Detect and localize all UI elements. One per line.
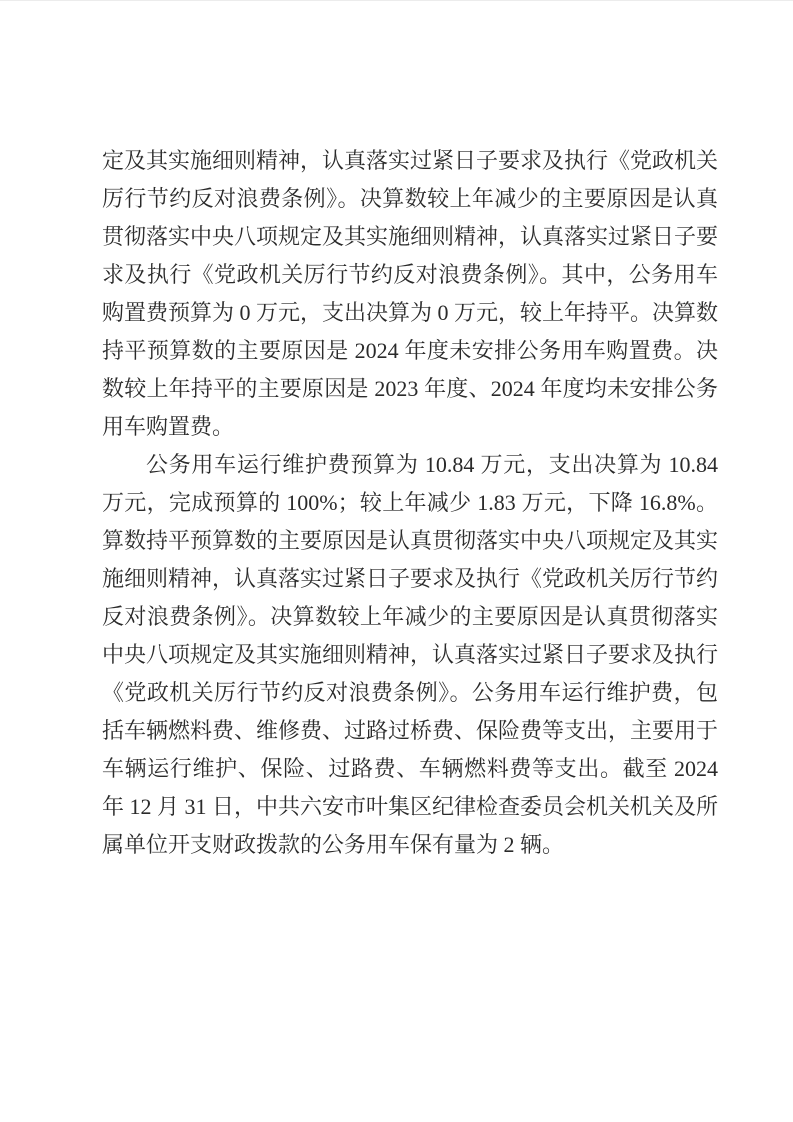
text-line: 购置费预算为 0 万元，支出决算为 0 万元，较上年持平。决算数 [102,294,718,332]
document-body: 定及其实施细则精神，认真落实过紧日子要求及执行《党政机关厉行节约反对浪费条例》。… [102,142,718,864]
text-line: 施细则精神，认真落实过紧日子要求及执行《党政机关厉行节约 [102,560,718,598]
text-line: 中央八项规定及其实施细则精神，认真落实过紧日子要求及执行 [102,636,718,674]
text-line: 求及执行《党政机关厉行节约反对浪费条例》。其中，公务用车 [102,256,718,294]
text-line: 贯彻落实中央八项规定及其实施细则精神，认真落实过紧日子要 [102,218,718,256]
text-line: 属单位开支财政拨款的公务用车保有量为 2 辆。 [102,826,718,864]
text-line: 《党政机关厉行节约反对浪费条例》。公务用车运行维护费，包 [102,674,718,712]
text-line: 车辆运行维护、保险、过路费、车辆燃料费等支出。截至 2024 [102,750,718,788]
text-line: 公务用车运行维护费预算为 10.84 万元，支出决算为 10.84 [102,446,718,484]
text-line: 年 12 月 31 日，中共六安市叶集区纪律检查委员会机关机关及所 [102,788,718,826]
document-page: 定及其实施细则精神，认真落实过紧日子要求及执行《党政机关厉行节约反对浪费条例》。… [0,0,793,1122]
paragraph-2: 公务用车运行维护费预算为 10.84 万元，支出决算为 10.84万元，完成预算… [102,446,718,864]
paragraph-1: 定及其实施细则精神，认真落实过紧日子要求及执行《党政机关厉行节约反对浪费条例》。… [102,142,718,446]
text-line: 括车辆燃料费、维修费、过路过桥费、保险费等支出，主要用于 [102,712,718,750]
text-line: 反对浪费条例》。决算数较上年减少的主要原因是认真贯彻落实 [102,598,718,636]
text-line: 持平预算数的主要原因是 2024 年度未安排公务用车购置费。决算 [102,332,718,370]
text-line: 万元，完成预算的 100%；较上年减少 1.83 万元，下降 16.8%。决 [102,484,718,522]
text-line: 数较上年持平的主要原因是 2023 年度、2024 年度均未安排公务 [102,370,718,408]
text-line: 厉行节约反对浪费条例》。决算数较上年减少的主要原因是认真 [102,180,718,218]
text-line: 定及其实施细则精神，认真落实过紧日子要求及执行《党政机关 [102,142,718,180]
text-line: 算数持平预算数的主要原因是认真贯彻落实中央八项规定及其实 [102,522,718,560]
text-line: 用车购置费。 [102,408,718,446]
